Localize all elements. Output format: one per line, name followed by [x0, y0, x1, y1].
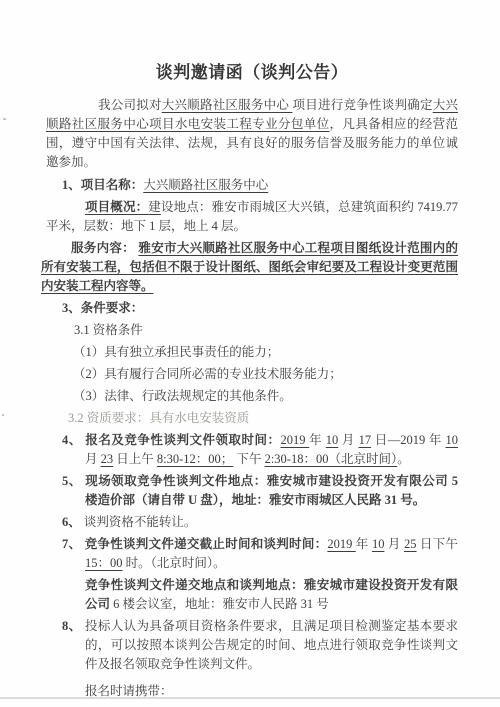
- text-run: 8:30-12：00；: [157, 452, 233, 466]
- text-run: 年: [309, 433, 326, 447]
- text-run: （1）具有独立承担民事责任的能力；: [73, 345, 279, 359]
- text-run: 10: [372, 537, 385, 551]
- text-run: 服务内容：: [71, 241, 135, 255]
- text-run: 下午: [233, 452, 264, 466]
- text-run: 10: [445, 433, 458, 447]
- text-run: 23: [101, 452, 114, 466]
- doc-paragraph-16: 8、 投标人认为具备项目资格条件要求，且满足项目检测鉴定基本要求的，可以按照本谈…: [46, 617, 458, 674]
- text-run: 竞争性谈判文件递交地点和谈判地点：: [85, 578, 304, 592]
- text-run: 17: [359, 433, 372, 447]
- doc-paragraph-13: 6、 谈判资格不能转让。: [46, 513, 458, 532]
- text-run: 年: [356, 537, 372, 551]
- doc-paragraph-9: （3）法律、行政法规规定的其他条件。: [73, 387, 458, 406]
- text-run: 5、: [62, 474, 85, 488]
- text-run: 大兴顺路社区服务中心: [162, 98, 293, 112]
- text-run: 2:30-18：00（北京时间）: [265, 452, 398, 466]
- text-run: 时。（北京时间）。: [123, 556, 226, 570]
- text-run: （3）法律、行政法规规定的其他条件。: [73, 389, 292, 403]
- scan-speck: [3, 118, 6, 120]
- text-run: 25: [404, 537, 417, 551]
- doc-paragraph-12: 5、 现场领取竞争性谈判文件地点：雅安城市建设投资开发有限公司 5 楼造价部（请…: [46, 472, 458, 510]
- text-run: 我公司拟对: [98, 98, 162, 112]
- doc-paragraph-7: （1）具有独立承担民事责任的能力；: [73, 343, 458, 362]
- text-run: 建: [148, 200, 161, 214]
- scan-speck: [2, 414, 4, 416]
- text-run: （2）具有履行合同所必需的专业技术服务能力；: [73, 367, 342, 381]
- text-run: 2019: [327, 537, 355, 551]
- text-run: 7、: [62, 537, 85, 551]
- text-run: 2019: [281, 433, 310, 447]
- text-run: 。: [397, 452, 410, 466]
- page-bottom-scan-edge: [0, 697, 500, 699]
- text-run: 竞争性谈判文件递交截止时间和谈判时间：: [85, 537, 328, 551]
- text-run: 3、条件要求：: [62, 301, 143, 315]
- document-page: 谈判邀请函（谈判公告） 我公司拟对大兴顺路社区服务中心 项目进行竞争性谈判确定大…: [0, 0, 500, 707]
- text-run: 4、: [62, 433, 85, 447]
- text-run: 大兴顺路社区服务中心: [143, 178, 268, 192]
- text-run: 1、项目名称：: [62, 178, 143, 192]
- text-run: 报名时请携带：: [85, 684, 173, 698]
- doc-paragraph-5: 3、条件要求：: [46, 299, 458, 318]
- doc-paragraph-3: 项目概况：建设地点：雅安市雨城区大兴镇，总建筑面积约 7419.77 平米，层数…: [46, 198, 458, 236]
- document-body: 我公司拟对大兴顺路社区服务中心 项目进行竞争性谈判确定大兴顺路社区服务中心项目水…: [46, 96, 458, 701]
- text-run: 3.1 资格条件: [74, 323, 143, 337]
- text-run: 日—2019 年: [371, 433, 445, 447]
- text-run: 日上午: [113, 452, 157, 466]
- doc-paragraph-14: 7、 竞争性谈判文件递交截止时间和谈判时间：2019 年 10 月 25 日下午…: [46, 535, 458, 573]
- text-run: 项目进行竞争性谈判确定: [293, 98, 433, 112]
- doc-paragraph-10: 3.2 资质要求：具有水电安装资质: [68, 409, 458, 428]
- doc-paragraph-15: 竞争性谈判文件递交地点和谈判地点：雅安城市建设投资开发有限公司 6 楼会议室，地…: [85, 576, 458, 614]
- text-run: 6 楼会议室，地址：雅安市人民路 31 号: [110, 597, 329, 611]
- text-run: 15：00: [85, 556, 123, 570]
- text-run: 10: [326, 433, 339, 447]
- text-run: 报名及竞争性谈判文件领取时间：: [85, 433, 280, 447]
- document-title: 谈判邀请函（谈判公告）: [46, 58, 458, 83]
- text-run: 日下午: [417, 537, 462, 551]
- doc-paragraph-4: 服务内容： 雅安市大兴顺路社区服务中心工程项目图纸设计范围内的所有安装工程，包括…: [41, 239, 458, 296]
- doc-paragraph-8: （2）具有履行合同所必需的专业技术服务能力；: [73, 365, 458, 384]
- text-run: 现场领取竞争性谈判文件地点：: [85, 474, 266, 488]
- doc-paragraph-11: 4、 报名及竞争性谈判文件领取时间：2019 年 10 月 17 日—2019 …: [46, 431, 458, 469]
- text-run: 月: [384, 537, 404, 551]
- doc-paragraph-6: 3.1 资格条件: [74, 321, 458, 340]
- text-run: 投标人认为具备项目资格条件要求，且满足项目检测鉴定基本要求的，可以按照本谈判公告…: [85, 619, 458, 671]
- text-run: 6、: [62, 515, 84, 529]
- text-run: 8、: [62, 619, 85, 633]
- doc-paragraph-1: 我公司拟对大兴顺路社区服务中心 项目进行竞争性谈判确定大兴顺路社区服务中心项目水…: [46, 96, 458, 172]
- text-run: 谈判资格不能转让。: [84, 515, 197, 529]
- text-run: 月: [338, 433, 358, 447]
- doc-paragraph-2: 1、项目名称：大兴顺路社区服务中心: [46, 176, 458, 195]
- text-run: 项目概况：: [85, 200, 148, 214]
- text-run: 3.2 资质要求：具有水电安装资质: [68, 411, 249, 425]
